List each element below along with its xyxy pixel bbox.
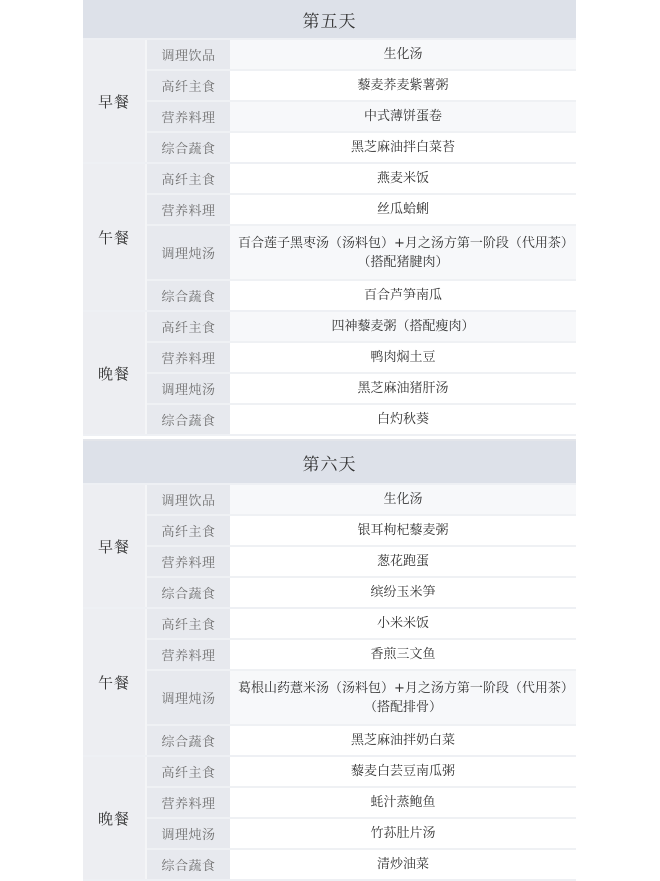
dish-cell: 黑芝麻油拌奶白菜 [230, 726, 576, 755]
category-cell: 营养料理 [147, 102, 230, 131]
category-cell: 营养料理 [147, 788, 230, 817]
category-cell: 高纤主食 [147, 164, 230, 193]
category-cell: 调理炖汤 [147, 671, 230, 724]
dish-line-2: （搭配猪腱肉） [238, 253, 568, 272]
table-row: 高纤主食 藜麦白芸豆南瓜粥 [147, 757, 576, 788]
dish-cell: 黑芝麻油拌白菜苔 [230, 133, 576, 162]
dish-cell: 葛根山药薏米汤（汤料包）+月之汤方第一阶段（代用茶） （搭配排骨） [230, 671, 576, 724]
category-cell: 调理炖汤 [147, 226, 230, 279]
dish-cell: 生化汤 [230, 40, 576, 69]
dish-cell: 鸭肉焖土豆 [230, 343, 576, 372]
category-cell: 高纤主食 [147, 516, 230, 545]
meal-breakfast: 早餐 调理饮品 生化汤 高纤主食 银耳枸杞藜麦粥 营养料理 葱花跑蛋 综合蔬食 … [83, 485, 576, 609]
table-row: 营养料理 蚝汁蒸鲍鱼 [147, 788, 576, 819]
dish-line-1: 百合莲子黑枣汤（汤料包）+月之汤方第一阶段（代用茶） [238, 234, 568, 253]
table-row: 综合蔬食 缤纷玉米笋 [147, 578, 576, 607]
meal-dinner: 晚餐 高纤主食 藜麦白芸豆南瓜粥 营养料理 蚝汁蒸鲍鱼 调理炖汤 竹荪肚片汤 综… [83, 757, 576, 880]
dish-cell: 藜麦白芸豆南瓜粥 [230, 757, 576, 786]
table-row: 高纤主食 藜麦荞麦紫薯粥 [147, 71, 576, 102]
meal-label: 早餐 [83, 40, 147, 162]
dish-cell: 蚝汁蒸鲍鱼 [230, 788, 576, 817]
dish-line-2: （搭配排骨） [238, 698, 568, 717]
dish-cell: 缤纷玉米笋 [230, 578, 576, 607]
table-row: 调理饮品 生化汤 [147, 485, 576, 516]
category-cell: 综合蔬食 [147, 726, 230, 755]
table-row: 综合蔬食 黑芝麻油拌奶白菜 [147, 726, 576, 755]
dish-cell: 葱花跑蛋 [230, 547, 576, 576]
category-cell: 高纤主食 [147, 609, 230, 638]
table-row: 高纤主食 银耳枸杞藜麦粥 [147, 516, 576, 547]
dish-cell: 生化汤 [230, 485, 576, 514]
table-row: 调理炖汤 黑芝麻油猪肝汤 [147, 374, 576, 405]
meal-dinner: 晚餐 高纤主食 四神藜麦粥（搭配瘦肉） 营养料理 鸭肉焖土豆 调理炖汤 黑芝麻油… [83, 312, 576, 436]
meal-label: 晚餐 [83, 312, 147, 434]
table-row: 营养料理 中式薄饼蛋卷 [147, 102, 576, 133]
category-cell: 综合蔬食 [147, 133, 230, 162]
dish-cell: 银耳枸杞藜麦粥 [230, 516, 576, 545]
category-cell: 高纤主食 [147, 71, 230, 100]
table-row: 营养料理 丝瓜蛤蜊 [147, 195, 576, 226]
table-row: 调理炖汤 竹荪肚片汤 [147, 819, 576, 850]
meal-breakfast: 早餐 调理饮品 生化汤 高纤主食 藜麦荞麦紫薯粥 营养料理 中式薄饼蛋卷 综合蔬… [83, 40, 576, 164]
dish-cell: 小米米饭 [230, 609, 576, 638]
meal-lunch: 午餐 高纤主食 小米米饭 营养料理 香煎三文鱼 调理炖汤 葛根山药薏米汤（汤料包… [83, 609, 576, 757]
day-section-5: 第五天 早餐 调理饮品 生化汤 高纤主食 藜麦荞麦紫薯粥 营养料理 中式薄饼蛋卷… [83, 0, 576, 436]
dish-cell: 四神藜麦粥（搭配瘦肉） [230, 312, 576, 341]
dish-cell: 中式薄饼蛋卷 [230, 102, 576, 131]
table-row: 调理炖汤 葛根山药薏米汤（汤料包）+月之汤方第一阶段（代用茶） （搭配排骨） [147, 671, 576, 726]
dish-cell: 藜麦荞麦紫薯粥 [230, 71, 576, 100]
category-cell: 高纤主食 [147, 312, 230, 341]
table-row: 综合蔬食 百合芦笋南瓜 [147, 281, 576, 310]
dish-cell: 百合莲子黑枣汤（汤料包）+月之汤方第一阶段（代用茶） （搭配猪腱肉） [230, 226, 576, 279]
meal-plan-table: 第五天 早餐 调理饮品 生化汤 高纤主食 藜麦荞麦紫薯粥 营养料理 中式薄饼蛋卷… [83, 0, 576, 880]
category-cell: 综合蔬食 [147, 578, 230, 607]
category-cell: 综合蔬食 [147, 850, 230, 879]
dish-line-1: 葛根山药薏米汤（汤料包）+月之汤方第一阶段（代用茶） [238, 679, 568, 698]
category-cell: 综合蔬食 [147, 405, 230, 434]
category-cell: 营养料理 [147, 640, 230, 669]
category-cell: 综合蔬食 [147, 281, 230, 310]
dish-cell: 百合芦笋南瓜 [230, 281, 576, 310]
category-cell: 调理炖汤 [147, 374, 230, 403]
table-row: 高纤主食 燕麦米饭 [147, 164, 576, 195]
meal-label: 午餐 [83, 609, 147, 755]
dish-cell: 清炒油菜 [230, 850, 576, 879]
dish-cell: 丝瓜蛤蜊 [230, 195, 576, 224]
dish-cell: 燕麦米饭 [230, 164, 576, 193]
day-title: 第五天 [83, 0, 576, 40]
day-title: 第六天 [83, 441, 576, 485]
category-cell: 营养料理 [147, 547, 230, 576]
table-row: 综合蔬食 白灼秋葵 [147, 405, 576, 434]
table-row: 调理炖汤 百合莲子黑枣汤（汤料包）+月之汤方第一阶段（代用茶） （搭配猪腱肉） [147, 226, 576, 281]
category-cell: 高纤主食 [147, 757, 230, 786]
dish-cell: 竹荪肚片汤 [230, 819, 576, 848]
table-row: 营养料理 葱花跑蛋 [147, 547, 576, 578]
table-row: 高纤主食 小米米饭 [147, 609, 576, 640]
category-cell: 调理饮品 [147, 40, 230, 69]
table-row: 营养料理 鸭肉焖土豆 [147, 343, 576, 374]
dish-cell: 白灼秋葵 [230, 405, 576, 434]
table-row: 高纤主食 四神藜麦粥（搭配瘦肉） [147, 312, 576, 343]
category-cell: 调理饮品 [147, 485, 230, 514]
day-section-6: 第六天 早餐 调理饮品 生化汤 高纤主食 银耳枸杞藜麦粥 营养料理 葱花跑蛋 综… [83, 439, 576, 880]
category-cell: 调理炖汤 [147, 819, 230, 848]
table-row: 营养料理 香煎三文鱼 [147, 640, 576, 671]
meal-label: 早餐 [83, 485, 147, 607]
meal-label: 晚餐 [83, 757, 147, 879]
category-cell: 营养料理 [147, 343, 230, 372]
meal-label: 午餐 [83, 164, 147, 310]
table-row: 综合蔬食 黑芝麻油拌白菜苔 [147, 133, 576, 162]
dish-cell: 黑芝麻油猪肝汤 [230, 374, 576, 403]
dish-cell: 香煎三文鱼 [230, 640, 576, 669]
category-cell: 营养料理 [147, 195, 230, 224]
table-row: 调理饮品 生化汤 [147, 40, 576, 71]
meal-lunch: 午餐 高纤主食 燕麦米饭 营养料理 丝瓜蛤蜊 调理炖汤 百合莲子黑枣汤（汤料包）… [83, 164, 576, 312]
table-row: 综合蔬食 清炒油菜 [147, 850, 576, 879]
